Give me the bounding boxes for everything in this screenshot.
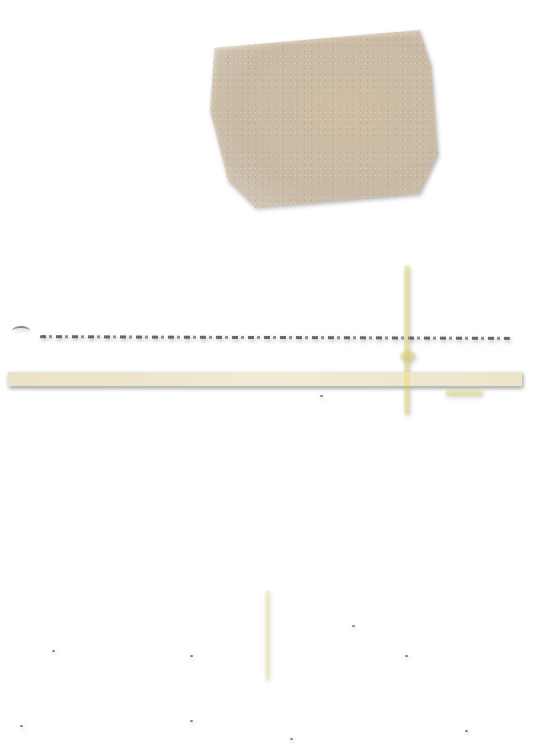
pencil-mark (12, 326, 30, 336)
dirt-speck (20, 725, 23, 727)
dirt-speck (320, 395, 323, 397)
dirt-speck (352, 625, 355, 627)
dirt-speck (190, 720, 193, 722)
stamp (0, 0, 540, 754)
yellow-stain (445, 390, 483, 396)
dirt-speck (405, 655, 408, 657)
stamp-hinge-remnant (210, 30, 438, 208)
dirt-speck (52, 650, 55, 652)
dirt-speck (290, 738, 293, 740)
yellow-stain (265, 590, 270, 680)
hinge-texture (210, 30, 438, 208)
yellow-stain (400, 350, 416, 362)
dirt-speck (465, 730, 468, 732)
dirt-speck (190, 655, 193, 657)
yellow-stain (404, 265, 410, 415)
